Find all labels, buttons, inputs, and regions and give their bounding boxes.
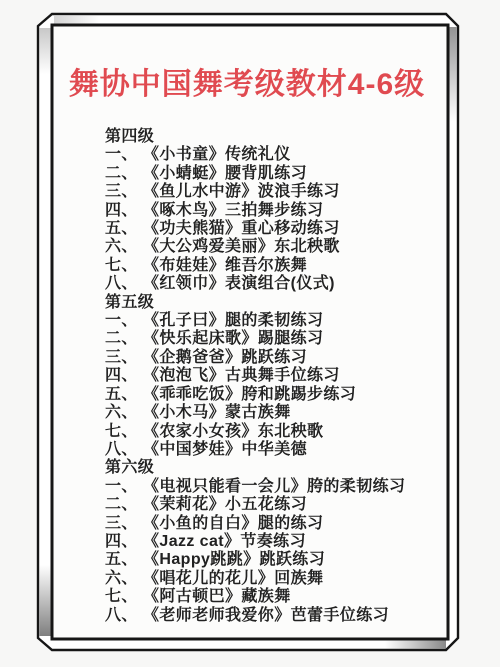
item-text: 《孔子曰》腿的柔韧练习 xyxy=(143,312,323,329)
item-text: 《大公鸡爱美丽》东北秧歌 xyxy=(143,238,340,255)
item-number: 三、 xyxy=(105,515,143,533)
item-text: 《茉莉花》小五花练习 xyxy=(143,496,307,513)
item-number: 一、 xyxy=(105,312,143,330)
item-text: 《红领巾》表演组合(仪式) xyxy=(143,275,335,292)
list-item: 六、《唱花儿的花儿》回族舞 xyxy=(105,570,448,588)
item-text: 《中国梦娃》中华美德 xyxy=(143,441,307,458)
item-text: 《唱花儿的花儿》回族舞 xyxy=(143,570,323,587)
item-text: 《乖乖吃饭》胯和跳踢步练习 xyxy=(143,386,356,403)
item-number: 七、 xyxy=(105,423,143,441)
item-number: 八、 xyxy=(105,275,143,293)
item-number: 八、 xyxy=(105,441,143,459)
list-item: 七、《阿古顿巴》藏族舞 xyxy=(105,588,448,606)
item-number: 六、 xyxy=(105,238,143,256)
item-text: 《电视只能看一会儿》胯的柔韧练习 xyxy=(143,478,405,495)
item-number: 七、 xyxy=(105,588,143,606)
item-text: 《阿古顿巴》藏族舞 xyxy=(143,588,291,605)
section-heading: 第六级 xyxy=(105,459,448,477)
item-number: 三、 xyxy=(105,183,143,201)
list-item: 二、《快乐起床歌》踢腿练习 xyxy=(105,330,448,348)
item-text: 《快乐起床歌》踢腿练习 xyxy=(143,330,323,347)
list-item: 二、《茉莉花》小五花练习 xyxy=(105,496,448,514)
list-item: 四、《Jazz cat》节奏练习 xyxy=(105,533,448,551)
section-heading: 第四级 xyxy=(105,128,448,146)
list-item: 一、《孔子曰》腿的柔韧练习 xyxy=(105,312,448,330)
item-number: 五、 xyxy=(105,551,143,569)
list-item: 三、《小鱼的自白》腿的练习 xyxy=(105,515,448,533)
item-number: 一、 xyxy=(105,478,143,496)
item-number: 八、 xyxy=(105,607,143,625)
item-number: 三、 xyxy=(105,349,143,367)
item-number: 一、 xyxy=(105,146,143,164)
item-number: 六、 xyxy=(105,404,143,422)
item-text: 《老师老师我爱你》芭蕾手位练习 xyxy=(143,607,389,624)
section-heading: 第五级 xyxy=(105,294,448,312)
list-item: 七、《布娃娃》维吾尔族舞 xyxy=(105,257,448,275)
item-number: 二、 xyxy=(105,165,143,183)
textbook-card: 舞协中国舞考级教材4-6级 第四级一、《小书童》传统礼仪二、《小蜻蜓》腰背肌练习… xyxy=(0,0,500,667)
item-number: 二、 xyxy=(105,330,143,348)
list-item: 一、《电视只能看一会儿》胯的柔韧练习 xyxy=(105,478,448,496)
item-text: 《小蜻蜓》腰背肌练习 xyxy=(143,165,307,182)
item-text: 《啄木鸟》三拍舞步练习 xyxy=(143,202,323,219)
list-item: 六、《小木马》蒙古族舞 xyxy=(105,404,448,422)
item-text: 《小木马》蒙古族舞 xyxy=(143,404,291,421)
item-text: 《布娃娃》维吾尔族舞 xyxy=(143,257,307,274)
item-text: 《功夫熊猫》重心移动练习 xyxy=(143,220,340,237)
item-number: 六、 xyxy=(105,570,143,588)
item-text: 《小鱼的自白》腿的练习 xyxy=(143,515,323,532)
item-text: 《Jazz cat》节奏练习 xyxy=(143,533,306,550)
list-item: 二、《小蜻蜓》腰背肌练习 xyxy=(105,165,448,183)
item-number: 四、 xyxy=(105,367,143,385)
item-text: 《泡泡飞》古典舞手位练习 xyxy=(143,367,340,384)
list-item: 三、《鱼儿水中游》波浪手练习 xyxy=(105,183,448,201)
item-text: 《企鹅爸爸》跳跃练习 xyxy=(143,349,307,366)
item-number: 四、 xyxy=(105,202,143,220)
list-item: 八、《中国梦娃》中华美德 xyxy=(105,441,448,459)
list-item: 四、《啄木鸟》三拍舞步练习 xyxy=(105,202,448,220)
list-item: 七、《农家小女孩》东北秧歌 xyxy=(105,423,448,441)
list-item: 六、《大公鸡爱美丽》东北秧歌 xyxy=(105,238,448,256)
item-number: 五、 xyxy=(105,220,143,238)
list-item: 一、《小书童》传统礼仪 xyxy=(105,146,448,164)
list-item: 五、《乖乖吃饭》胯和跳踢步练习 xyxy=(105,386,448,404)
list-item: 四、《泡泡飞》古典舞手位练习 xyxy=(105,367,448,385)
page-title: 舞协中国舞考级教材4-6级 xyxy=(52,59,442,103)
list-item: 五、《Happy跳跳》跳跃练习 xyxy=(105,551,448,569)
item-text: 《农家小女孩》东北秧歌 xyxy=(143,423,323,440)
item-number: 七、 xyxy=(105,257,143,275)
page-content: 舞协中国舞考级教材4-6级 第四级一、《小书童》传统礼仪二、《小蜻蜓》腰背肌练习… xyxy=(52,25,448,639)
item-number: 五、 xyxy=(105,386,143,404)
item-number: 四、 xyxy=(105,533,143,551)
item-text: 《鱼儿水中游》波浪手练习 xyxy=(143,183,340,200)
item-text: 《Happy跳跳》跳跃练习 xyxy=(143,551,325,568)
list-item: 五、《功夫熊猫》重心移动练习 xyxy=(105,220,448,238)
item-text: 《小书童》传统礼仪 xyxy=(143,146,291,163)
grade-list: 第四级一、《小书童》传统礼仪二、《小蜻蜓》腰背肌练习三、《鱼儿水中游》波浪手练习… xyxy=(52,128,448,625)
item-number: 二、 xyxy=(105,496,143,514)
list-item: 八、《红领巾》表演组合(仪式) xyxy=(105,275,448,293)
list-item: 三、《企鹅爸爸》跳跃练习 xyxy=(105,349,448,367)
list-item: 八、《老师老师我爱你》芭蕾手位练习 xyxy=(105,607,448,625)
